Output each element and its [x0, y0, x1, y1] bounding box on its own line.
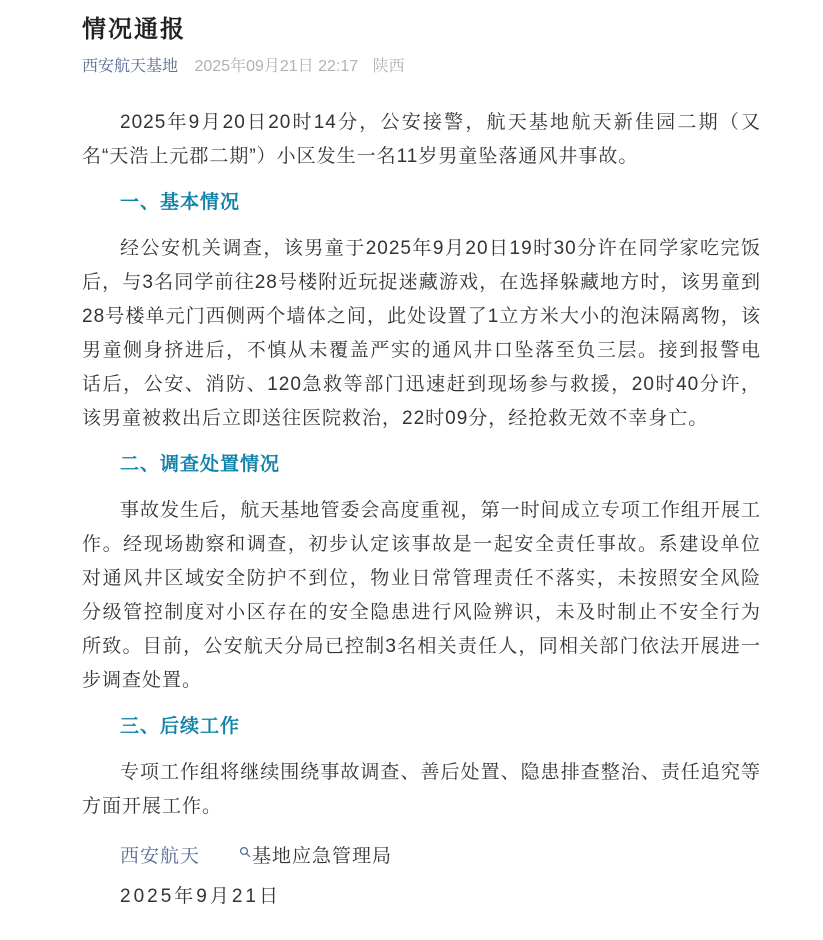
- signature-org-rest: 基地应急管理局: [252, 846, 392, 867]
- signature-org-link[interactable]: 西安航天: [120, 846, 200, 867]
- signature-org-line: 西安航天基地应急管理局: [82, 840, 761, 874]
- article-content: 2025年9月20日20时14分，公安接警，航天基地航天新佳园二期（又名“天浩上…: [82, 106, 761, 914]
- section-body-investigation: 事故发生后，航天基地管委会高度重视，第一时间成立专项工作组开展工作。经现场勘察和…: [82, 494, 761, 698]
- section-heading-follow-up: 三、后续工作: [82, 710, 761, 744]
- byline: 西安航天基地 2025年09月21日 22:17 陕西: [82, 56, 761, 78]
- article-page: 情况通报 西安航天基地 2025年09月21日 22:17 陕西 2025年9月…: [0, 0, 823, 940]
- signature-block: 西安航天基地应急管理局 2025年9月21日: [82, 840, 761, 914]
- section-body-basic-situation: 经公安机关调查，该男童于2025年9月20日19时30分许在同学家吃完饭后，与3…: [82, 232, 761, 436]
- section-body-follow-up: 专项工作组将继续围绕事故调查、善后处置、隐患排查整治、责任追究等方面开展工作。: [82, 756, 761, 824]
- signature-date: 2025年9月21日: [82, 880, 761, 914]
- search-icon[interactable]: [201, 846, 251, 858]
- publish-datetime: 2025年09月21日 22:17: [194, 58, 358, 75]
- page-title: 情况通报: [82, 14, 761, 46]
- account-name-link[interactable]: 西安航天基地: [82, 58, 178, 75]
- intro-paragraph: 2025年9月20日20时14分，公安接警，航天基地航天新佳园二期（又名“天浩上…: [82, 106, 761, 174]
- section-heading-basic-situation: 一、基本情况: [82, 186, 761, 220]
- publish-location: 陕西: [373, 58, 405, 75]
- section-heading-investigation: 二、调查处置情况: [82, 448, 761, 482]
